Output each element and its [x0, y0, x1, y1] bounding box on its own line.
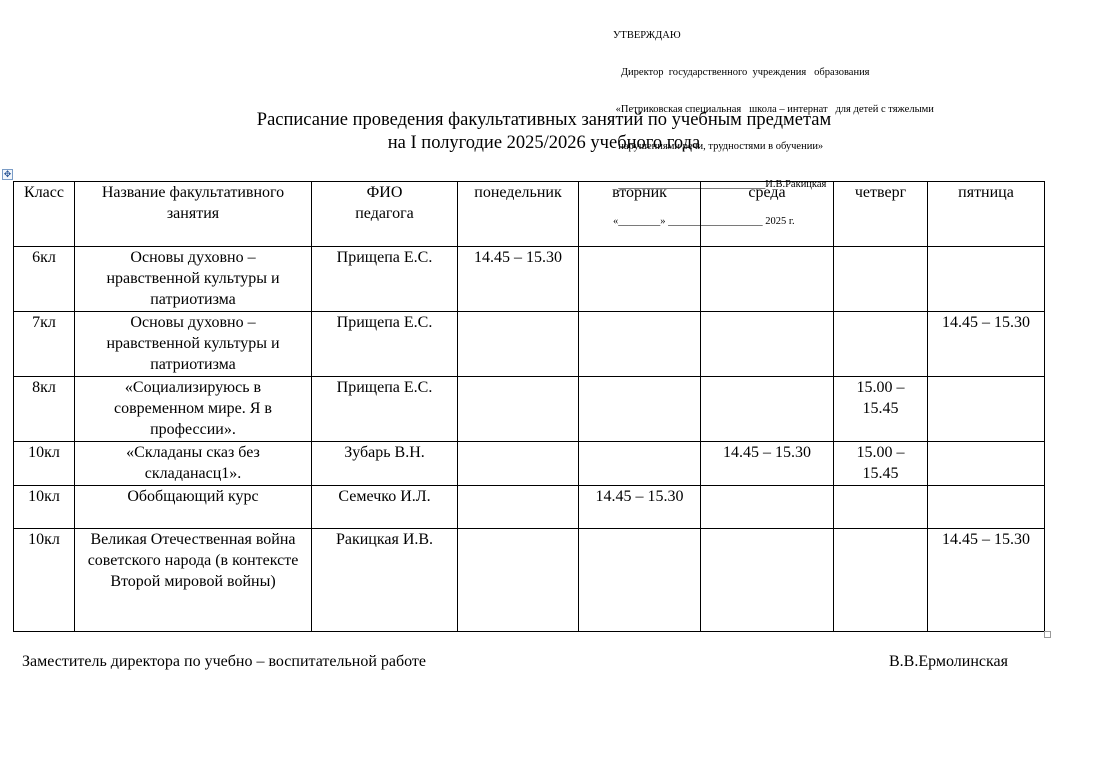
cell-monday [458, 442, 579, 486]
cell-monday-text: 14.45 – 15.30 [474, 249, 562, 266]
cell-thursday [834, 529, 928, 632]
table-row: 6клОсновы духовно – нравственной культур… [14, 247, 1045, 312]
resize-square-icon[interactable] [1044, 631, 1051, 638]
cell-teacher: Зубарь В.Н. [312, 442, 458, 486]
cell-monday [458, 377, 579, 442]
cell-tuesday [579, 529, 701, 632]
cell-tuesday [579, 312, 701, 377]
cell-friday [928, 247, 1045, 312]
cell-thursday [834, 312, 928, 377]
cell-tuesday [579, 442, 701, 486]
cell-class: 10кл [14, 442, 75, 486]
cell-teacher: Прищепа Е.С. [312, 247, 458, 312]
cell-class: 10кл [14, 529, 75, 632]
footer-position: Заместитель директора по учебно – воспит… [22, 652, 426, 672]
header-wednesday: среда [701, 182, 834, 247]
cell-thursday: 15.00 – 15.45 [834, 442, 928, 486]
schedule-table: Класс Название факультативного занятия Ф… [13, 181, 1045, 632]
cell-course: «Складаны сказ без складанасц1». [75, 442, 312, 486]
cell-friday: 14.45 – 15.30 [928, 312, 1045, 377]
cell-thursday [834, 247, 928, 312]
cell-teacher-text: Прищепа Е.С. [337, 314, 433, 331]
cell-friday: 14.45 – 15.30 [928, 529, 1045, 632]
header-teacher: ФИО педагога [312, 182, 458, 247]
cell-course: Основы духовно – нравственной культуры и… [75, 312, 312, 377]
cell-friday [928, 442, 1045, 486]
cell-monday [458, 486, 579, 529]
cell-course-text: Основы духовно – нравственной культуры и… [82, 312, 304, 375]
cell-teacher-text: Ракицкая И.В. [336, 531, 433, 548]
cell-monday: 14.45 – 15.30 [458, 247, 579, 312]
cell-course-text: «Складаны сказ без складанасц1». [82, 442, 304, 484]
cell-wednesday [701, 247, 834, 312]
cell-wednesday [701, 312, 834, 377]
cell-class-text: 6кл [32, 249, 56, 266]
cell-class: 6кл [14, 247, 75, 312]
cell-teacher-text: Семечко И.Л. [338, 488, 430, 505]
header-friday: пятница [928, 182, 1045, 247]
table-row: 10клВеликая Отечественная война советско… [14, 529, 1045, 632]
cell-class: 10кл [14, 486, 75, 529]
cell-tuesday-text: 14.45 – 15.30 [596, 488, 684, 505]
document-title: Расписание проведения факультативных зан… [0, 109, 1088, 155]
cell-teacher: Ракицкая И.В. [312, 529, 458, 632]
cell-tuesday [579, 247, 701, 312]
cell-friday-text: 14.45 – 15.30 [942, 531, 1030, 548]
cell-class-text: 8кл [32, 379, 56, 396]
cell-course-text: Обобщающий курс [82, 486, 304, 507]
cell-wednesday: 14.45 – 15.30 [701, 442, 834, 486]
cell-class-text: 10кл [28, 531, 60, 548]
table-row: 8кл«Социализируюсь в современном мире. Я… [14, 377, 1045, 442]
cell-thursday [834, 486, 928, 529]
title-line-1: Расписание проведения факультативных зан… [0, 109, 1088, 132]
table-row: 10кл«Складаны сказ без складанасц1».Зуба… [14, 442, 1045, 486]
header-row: Класс Название факультативного занятия Ф… [14, 182, 1045, 247]
cell-class-text: 10кл [28, 444, 60, 461]
cell-course-text: «Социализируюсь в современном мире. Я в … [82, 377, 304, 440]
cell-monday [458, 529, 579, 632]
move-arrows-icon[interactable]: ✥ [2, 169, 13, 180]
table-row: 7клОсновы духовно – нравственной культур… [14, 312, 1045, 377]
header-thursday: четверг [834, 182, 928, 247]
cell-teacher-text: Прищепа Е.С. [337, 249, 433, 266]
cell-friday [928, 486, 1045, 529]
cell-teacher-text: Прищепа Е.С. [337, 379, 433, 396]
cell-teacher-text: Зубарь В.Н. [344, 444, 425, 461]
cell-thursday: 15.00 – 15.45 [834, 377, 928, 442]
approval-line: Директор государственного учреждения обр… [613, 67, 934, 79]
cell-friday-text: 14.45 – 15.30 [942, 314, 1030, 331]
cell-course-text: Великая Отечественная война советского н… [82, 529, 304, 592]
header-course: Название факультативного занятия [75, 182, 312, 247]
cell-tuesday: 14.45 – 15.30 [579, 486, 701, 529]
cell-teacher: Прищепа Е.С. [312, 377, 458, 442]
approval-heading: УТВЕРЖДАЮ [613, 30, 934, 42]
cell-friday [928, 377, 1045, 442]
cell-teacher: Семечко И.Л. [312, 486, 458, 529]
cell-class: 8кл [14, 377, 75, 442]
cell-class-text: 10кл [28, 488, 60, 505]
cell-wednesday [701, 377, 834, 442]
cell-class: 7кл [14, 312, 75, 377]
cell-course: Великая Отечественная война советского н… [75, 529, 312, 632]
cell-teacher: Прищепа Е.С. [312, 312, 458, 377]
cell-thursday-text: 15.00 – 15.45 [846, 377, 916, 419]
cell-course-text: Основы духовно – нравственной культуры и… [82, 247, 304, 310]
header-tuesday: вторник [579, 182, 701, 247]
cell-monday [458, 312, 579, 377]
cell-class-text: 7кл [32, 314, 56, 331]
header-class: Класс [14, 182, 75, 247]
table-row: 10клОбобщающий курсСемечко И.Л.14.45 – 1… [14, 486, 1045, 529]
cell-tuesday [579, 377, 701, 442]
cell-wednesday [701, 486, 834, 529]
cell-thursday-text: 15.00 – 15.45 [846, 442, 916, 484]
cell-course: «Социализируюсь в современном мире. Я в … [75, 377, 312, 442]
cell-wednesday-text: 14.45 – 15.30 [723, 444, 811, 461]
cell-course: Основы духовно – нравственной культуры и… [75, 247, 312, 312]
cell-course: Обобщающий курс [75, 486, 312, 529]
cell-wednesday [701, 529, 834, 632]
title-line-2: на I полугодие 2025/2026 учебного года [0, 132, 1088, 155]
header-monday: понедельник [458, 182, 579, 247]
footer-name: В.В.Ермолинская [889, 652, 1008, 672]
